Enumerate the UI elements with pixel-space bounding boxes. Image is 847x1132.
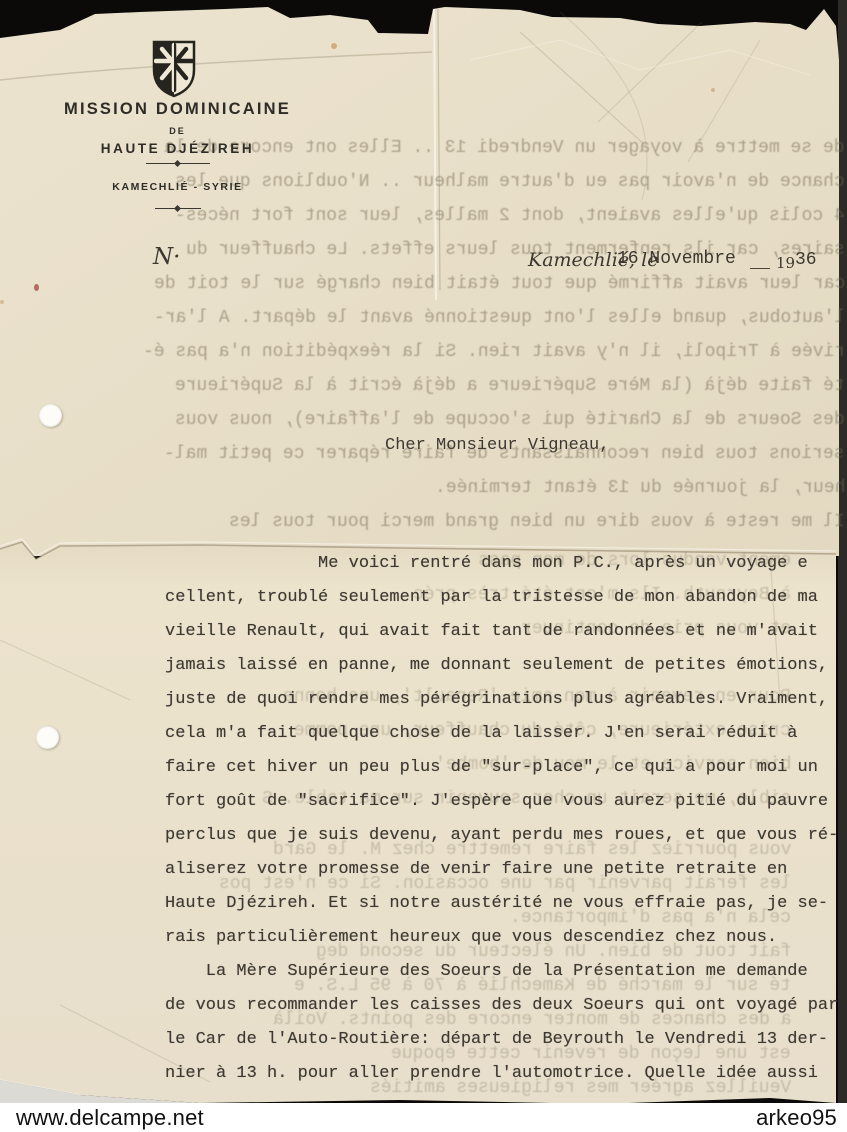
watermark-strip: www.delcampe.net arkeo95 (0, 1103, 847, 1132)
body-line: Me voici rentré dans mon P.C., après un … (165, 554, 808, 573)
scanned-letter: MISSION DOMINICAINE DE HAUTE DJÉZIREH KA… (0, 0, 847, 1132)
delcampe-watermark: www.delcampe.net (16, 1105, 204, 1131)
body-line: vieille Renault, qui avait fait tant de … (165, 622, 818, 641)
body-line: faire cet hiver un peu plus de "sur-plac… (165, 758, 818, 777)
letterhead-rule (155, 205, 201, 212)
bleedthrough-line: Il me reste à vous dire un bien grand me… (229, 512, 845, 532)
body-line: Haute Djézireh. Et si notre austérité ne… (165, 894, 828, 913)
punch-hole (36, 726, 59, 749)
body-line: jamais laissé en panne, me donnant seule… (165, 656, 828, 675)
body-line: de vous recommander les caisses des deux… (165, 996, 838, 1015)
org-region: HAUTE DJÉZIREH (55, 141, 300, 156)
body-line: rais particulièrement heureux que vous d… (165, 928, 777, 947)
red-mark (34, 284, 39, 291)
bleedthrough-line: saires, car ils renferment tous leurs ef… (186, 240, 845, 260)
bleedthrough-line: car leur avait affirmé que tout était bi… (154, 274, 845, 294)
bleedthrough-line: des Soeurs de la Charité qui s'occupe de… (175, 410, 845, 430)
foxing-speck (0, 300, 4, 304)
dominican-shield-icon (152, 40, 196, 98)
body-line: cellent, troublé seulement par la triste… (165, 588, 818, 607)
body-line: La Mère Supérieure des Soeurs de la Prés… (165, 962, 808, 981)
bleedthrough-line: l'autobus, quand elles l'ont questionné … (154, 308, 845, 328)
punch-hole (39, 404, 62, 427)
foxing-speck (331, 43, 337, 49)
body-line: perclus que je suis devenu, ayant perdu … (165, 826, 838, 845)
scanner-edge-right (838, 0, 847, 1110)
org-city: KAMECHLIÉ - SYRIE (55, 181, 300, 193)
foxing-speck (711, 88, 715, 92)
body-line: fort goût de "sacrifice". J'espère que v… (165, 792, 828, 811)
letterhead: MISSION DOMINICAINE DE HAUTE DJÉZIREH KA… (55, 100, 300, 212)
org-de: DE (55, 126, 300, 136)
seller-watermark: arkeo95 (756, 1105, 837, 1131)
number-label: N· (153, 244, 180, 270)
body-line: juste de quoi rendre mes pérégrinations … (165, 690, 828, 709)
body-line: nier à 13 h. pour aller prendre l'automo… (165, 1064, 818, 1083)
bleedthrough-line: rivée à Tripoli, il n'y avait rien. Si l… (143, 342, 845, 362)
year-printed: 19 (776, 254, 795, 272)
salutation: Cher Monsieur Vigneau, (385, 436, 609, 455)
body-line: cela m'a fait quelque chose de la laisse… (165, 724, 798, 743)
letterhead-rule (146, 160, 210, 167)
org-name: MISSION DOMINICAINE (55, 100, 300, 119)
bleedthrough-line: heur, la journée du 13 étant terminée. (435, 478, 845, 498)
year-typed: 36 (795, 250, 817, 270)
bleedthrough-line: té faite déjà (la Mère Supérieure a déjà… (175, 376, 845, 396)
body-line: le Car de l'Auto-Routière: départ de Bey… (165, 1030, 828, 1049)
date-dash (750, 268, 770, 269)
body-line: aliserez votre promesse de venir faire u… (165, 860, 787, 879)
date-typed: 16 Novembre (617, 249, 736, 269)
